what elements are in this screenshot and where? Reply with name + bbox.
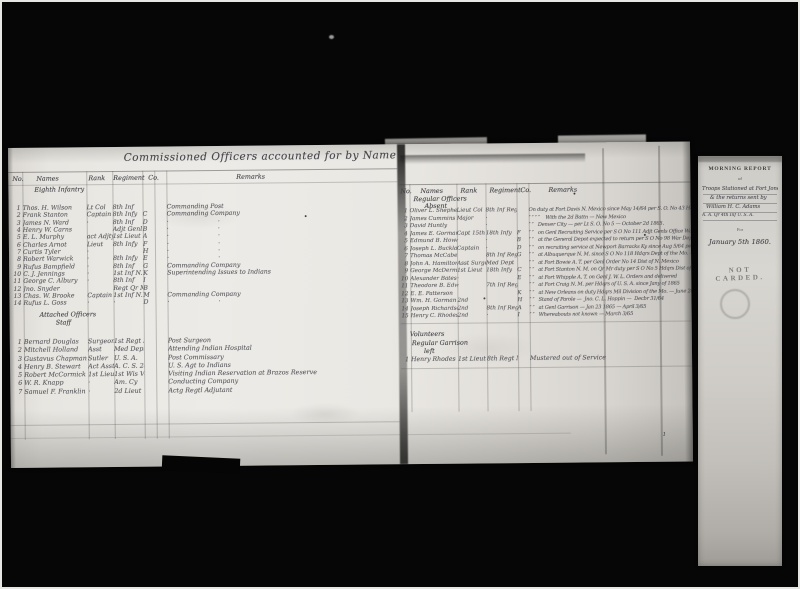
- row-number: 6: [10, 379, 24, 387]
- company-cell: D: [143, 218, 155, 225]
- rank-cell: Asst: [88, 345, 114, 354]
- section-label: Volunteers: [410, 330, 445, 338]
- row-number: 8: [398, 261, 410, 269]
- row-number: 7: [9, 249, 23, 256]
- paper-edge-notch: [162, 455, 241, 473]
- company-cell: [144, 353, 156, 361]
- blank-cell: [155, 262, 167, 269]
- card-title: MORNING REPORT: [698, 166, 782, 172]
- not-carded-stamp: CARDED.: [698, 273, 782, 284]
- torn-edge-smudge: [400, 153, 585, 164]
- row-number: 12: [9, 286, 23, 293]
- company-cell: E: [143, 255, 155, 262]
- blank-cell: [155, 277, 167, 284]
- company-cell: A: [518, 305, 530, 313]
- rank-cell: 1st Lieut: [88, 370, 114, 379]
- row-number: 10: [9, 271, 23, 278]
- section-rule: [401, 320, 692, 324]
- row-number: 4: [9, 227, 23, 234]
- blank-cell: [155, 233, 167, 240]
- section-label: Staff: [56, 318, 71, 326]
- ink-speck: [483, 297, 485, 299]
- bottom-rule: [401, 365, 692, 369]
- company-cell: K: [143, 270, 155, 277]
- card-handwritten-line: Troops Stationed at Fort Jones: [702, 186, 778, 192]
- blank-cell: [155, 226, 167, 233]
- row-number: 11: [398, 283, 410, 291]
- row-number: 15: [399, 313, 411, 321]
- blank-cell: [156, 370, 168, 378]
- company-cell: [144, 361, 156, 369]
- row-number: 1: [399, 356, 411, 364]
- company-cell: [517, 207, 529, 215]
- rank-cell: Sutler: [88, 354, 114, 363]
- regiment-group-label: Eighth Infantry: [34, 185, 84, 193]
- card-handwritten-line: A. A. Qr 4th Inf U. S. A.: [702, 213, 778, 218]
- staff-rows: 1 Bernard Douglas Surgeon 1st Regt Mount…: [10, 334, 398, 396]
- company-cell: [144, 370, 156, 378]
- company-cell: B: [517, 237, 529, 245]
- right-page-rows: 1 Oliver L. Shepherd Lieut Col 8th Inf R…: [398, 205, 692, 320]
- company-cell: I: [518, 312, 530, 320]
- ledger-spread: Commissioned Officers accounted for by N…: [8, 141, 693, 468]
- company-cell: [144, 386, 156, 394]
- regiment-cell: 8th Regt N. Y. Vols: [487, 355, 518, 363]
- company-cell: M: [143, 292, 155, 299]
- row-number: 3: [10, 354, 24, 362]
- company-cell: [517, 215, 529, 223]
- regiment-cell: 1st Regt Mounted: [114, 337, 144, 346]
- ink-speck: [305, 215, 307, 217]
- company-cell: I: [143, 277, 155, 284]
- blank-cell: [156, 361, 168, 369]
- name-cell: Rufus L. Goss: [23, 300, 87, 308]
- name-cell: Henry C. Rhodes: [411, 313, 458, 321]
- blank-cell: [155, 292, 167, 299]
- company-cell: D: [143, 299, 155, 306]
- regiment-cell: U. S. A.: [114, 353, 144, 362]
- blank-cell: [155, 248, 167, 255]
- company-cell: H: [517, 297, 529, 305]
- table-row: 1 Henry Rhodes 1st Lieut 8th Regt N. Y. …: [399, 353, 692, 364]
- rank-cell: 2nd: [458, 312, 487, 320]
- ink-speck: [573, 193, 575, 195]
- name-cell: Henry Rhodes: [411, 356, 458, 364]
- company-cell: [517, 222, 529, 230]
- regiment-cell: 2d Lieut: [114, 386, 144, 395]
- remarks-cell: Mustered out of Service: [530, 353, 692, 363]
- rank-cell: ·: [88, 387, 114, 396]
- row-number: 5: [9, 234, 23, 241]
- column-header-names: Names: [36, 175, 59, 183]
- regiment-cell: 1st Wis Vol: [114, 370, 144, 379]
- blank-cell: [155, 255, 167, 262]
- row-number: 13: [9, 293, 23, 300]
- ruled-line: [703, 220, 777, 221]
- remarks-cell: Actg Regtl Adjutant: [168, 384, 397, 394]
- company-cell: [144, 345, 156, 353]
- company-cell: [518, 355, 530, 363]
- section-label: left: [424, 347, 435, 355]
- column-header-regiment: Regiment: [113, 174, 144, 182]
- row-number: 4: [398, 231, 410, 239]
- blank-cell: [156, 345, 168, 353]
- bottom-rule: [11, 433, 571, 439]
- header-rule: [399, 181, 690, 185]
- column-header-rank: Rank: [88, 174, 105, 182]
- page-mark: 1: [663, 432, 666, 438]
- section-label: Attached Officers: [40, 310, 97, 319]
- morning-report-card: MORNING REPORT of Troops Stationed at Fo…: [698, 156, 782, 566]
- blank-cell: [155, 284, 167, 291]
- company-cell: B: [143, 284, 155, 291]
- row-number: 6: [398, 246, 410, 254]
- right-page-bottom-rows: 1 Henry Rhodes 1st Lieut 8th Regt N. Y. …: [399, 353, 692, 364]
- row-number: 7: [10, 388, 24, 396]
- row-number: 14: [9, 300, 23, 307]
- company-cell: H: [143, 248, 155, 255]
- column-header-rank: Rank: [460, 186, 477, 194]
- regiment-cell: ·: [487, 312, 518, 320]
- company-cell: C: [143, 211, 155, 218]
- blank-cell: [155, 203, 167, 210]
- row-number: 9: [9, 264, 23, 271]
- company-cell: A: [143, 233, 155, 240]
- section-label: Regular Garrison: [412, 339, 468, 348]
- remarks-cell: ″ ″ Whereabouts not known — March 3/65: [530, 310, 692, 319]
- circular-stamp: [720, 289, 750, 319]
- column-header-remarks: Remarks: [236, 173, 265, 181]
- blank-cell: [156, 336, 168, 344]
- company-cell: D: [517, 245, 529, 253]
- rank-cell: Surgeon: [88, 337, 114, 346]
- blank-cell: [155, 240, 167, 247]
- row-number: 3: [398, 223, 410, 231]
- row-number: 8: [9, 256, 23, 263]
- rank-cell: ·: [88, 378, 114, 387]
- company-cell: B: [143, 226, 155, 233]
- page-title: Commissioned Officers accounted for by N…: [120, 149, 400, 164]
- card-of-label: of: [698, 176, 782, 181]
- card-handwritten-line: William H. C. Adams: [702, 204, 782, 210]
- company-cell: G: [517, 252, 529, 260]
- company-cell: E: [517, 275, 529, 283]
- company-cell: K: [517, 290, 529, 298]
- blank-cell: [155, 299, 167, 306]
- row-number: 2: [10, 346, 24, 354]
- column-header-co: Co.: [520, 186, 531, 194]
- left-page-rows: 1 Thos. H. Wilson Lt Col 8th Inf Command…: [9, 201, 397, 308]
- company-cell: F: [517, 230, 529, 238]
- company-cell: G: [143, 262, 155, 269]
- paper-left-edge-shadow: [8, 148, 16, 468]
- rank-cell: ·: [87, 299, 113, 307]
- row-number: 11: [9, 278, 23, 285]
- regiment-cell: Med Dept: [114, 345, 144, 354]
- row-number: 9: [398, 268, 410, 276]
- row-number: 13: [398, 298, 410, 306]
- card-date: January 5th 1860.: [698, 238, 782, 246]
- card-for-label: For: [698, 227, 782, 232]
- company-cell: F: [143, 240, 155, 247]
- blank-cell: [156, 353, 168, 361]
- name-cell: Samuel F. Franklin: [24, 387, 88, 396]
- bottom-rule: [11, 421, 400, 426]
- company-cell: [144, 337, 156, 345]
- row-number: 4: [10, 363, 24, 371]
- blank-cell: [155, 218, 167, 225]
- blank-cell: [156, 386, 168, 394]
- rank-cell: Act Asst Surg: [88, 362, 114, 371]
- row-number: 1: [398, 208, 410, 216]
- blank-cell: [156, 378, 168, 386]
- row-number: 7: [398, 253, 410, 261]
- card-top-smudge: [698, 156, 782, 162]
- row-number: 14: [399, 306, 411, 314]
- row-number: 10: [398, 276, 410, 284]
- row-number: 5: [10, 371, 24, 379]
- blank-cell: [155, 270, 167, 277]
- company-cell: [517, 282, 529, 290]
- ink-speck: [644, 234, 646, 236]
- rank-cell: 1st Lieut: [458, 355, 487, 363]
- row-number: 2: [398, 216, 410, 224]
- regiment-cell: A. C. S. 2d Regt: [114, 362, 144, 371]
- blank-cell: [155, 211, 167, 218]
- remarks-cell: · ·: [167, 297, 396, 307]
- company-cell: [517, 260, 529, 268]
- header-rule: [8, 168, 397, 173]
- row-number: 1: [10, 338, 24, 346]
- row-number: 5: [398, 238, 410, 246]
- table-row: 15 Henry C. Rhodes 2nd · I ″ ″ Whereabou…: [399, 310, 692, 320]
- card-handwritten-line: & the returns sent by: [702, 195, 786, 201]
- row-number: 12: [398, 291, 410, 299]
- company-cell: C: [517, 267, 529, 275]
- row-number: 6: [9, 242, 23, 249]
- row-number: 3: [9, 220, 23, 227]
- scanned-document-photo: Commissioned Officers accounted for by N…: [0, 0, 800, 589]
- column-header-names: Names: [420, 187, 443, 195]
- dust-speck: [329, 35, 334, 39]
- regiment-cell: ·: [113, 299, 143, 307]
- company-cell: [143, 204, 155, 211]
- regiment-cell: Am. Cy: [114, 378, 144, 387]
- company-cell: [144, 378, 156, 386]
